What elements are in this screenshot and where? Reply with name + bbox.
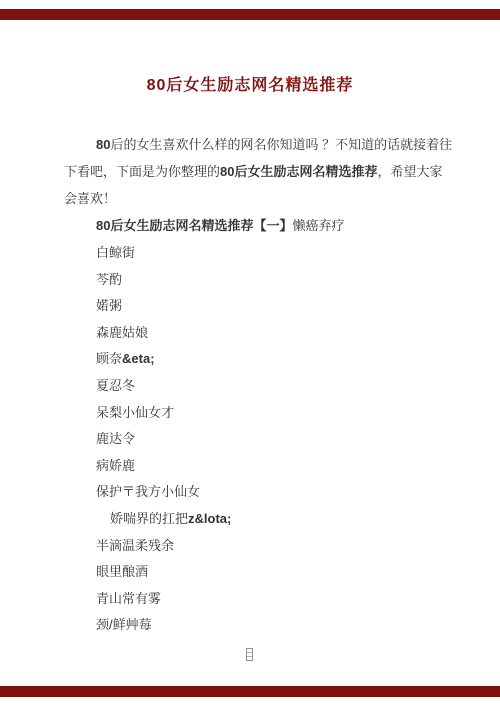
list-item: 顾奈&eta; bbox=[64, 346, 464, 373]
text-run: 呆梨小仙女才 bbox=[96, 405, 174, 420]
text-run: 眼里酿酒 bbox=[96, 564, 148, 579]
bold-text-run: 80 bbox=[96, 137, 110, 152]
text-run: 保护〒我方小仙女 bbox=[96, 484, 200, 499]
list-item: 半滴温柔残余 bbox=[64, 533, 464, 560]
text-run: 颈/鲜艸莓 bbox=[96, 617, 152, 632]
paragraph-line: 80后的女生喜欢什么样的网名你知道吗 ？不知道的话就接着往 bbox=[64, 131, 440, 158]
bottom-accent-bar bbox=[0, 686, 500, 697]
paragraph-line: 下看吧，下面是为你整理的80后女生励志网名精选推荐，希望大家 bbox=[64, 158, 440, 185]
top-accent-bar bbox=[0, 9, 500, 20]
bold-text-run: z&lota; bbox=[188, 511, 231, 526]
text-run: 病娇鹿 bbox=[96, 458, 135, 473]
bold-text-run: &eta; bbox=[122, 351, 155, 366]
text-run: 夏忍冬 bbox=[96, 378, 135, 393]
text-run: 婼粥 bbox=[96, 298, 122, 313]
intro-paragraph: 80后的女生喜欢什么样的网名你知道吗 ？不知道的话就接着往下看吧，下面是为你整理… bbox=[64, 131, 440, 212]
text-run: 懒癌弃疗 bbox=[292, 218, 344, 233]
list-item: 呆梨小仙女才 bbox=[64, 400, 464, 427]
bold-text-run: 80后女生励志网名精选推荐 bbox=[220, 164, 377, 179]
document-title: 80后女生励志网名精选推荐 bbox=[0, 76, 500, 96]
text-run: 会喜欢！ bbox=[64, 191, 116, 206]
bold-text-run: 80后女生励志网名精选推荐【一】 bbox=[96, 218, 292, 233]
list-item: 眼里酿酒 bbox=[64, 559, 464, 586]
text-run: ，希望大家 bbox=[377, 164, 442, 179]
text-run: 青山常有雾 bbox=[96, 591, 161, 606]
list-item: 青山常有雾 bbox=[64, 586, 464, 613]
text-run: 芩酌 bbox=[96, 272, 122, 287]
text-run: 后的女生喜欢什么样的网名你知道吗 ？不知道的话就接着往 bbox=[110, 137, 452, 152]
text-run: 白鲸街 bbox=[96, 245, 135, 260]
list-item: 婼粥 bbox=[64, 293, 464, 320]
list-item: 芩酌 bbox=[64, 267, 464, 294]
list-item: 颈/鲜艸莓 bbox=[64, 612, 464, 639]
paragraph-line: 会喜欢！ bbox=[64, 185, 440, 212]
name-list: 白鲸街芩酌婼粥森鹿姑娘顾奈&eta;夏忍冬呆梨小仙女才鹿达令病娇鹿保护〒我方小仙… bbox=[64, 240, 464, 639]
text-run: 鹿达令 bbox=[96, 431, 135, 446]
missing-glyph-box bbox=[246, 648, 253, 661]
list-item: 娇喘界的扛把z&lota; bbox=[64, 506, 464, 533]
list-item: 夏忍冬 bbox=[64, 373, 464, 400]
list-item: 病娇鹿 bbox=[64, 453, 464, 480]
list-item: 森鹿姑娘 bbox=[64, 320, 464, 347]
list-item: 鹿达令 bbox=[64, 426, 464, 453]
list-item: 白鲸街 bbox=[64, 240, 464, 267]
list-item: 保护〒我方小仙女 bbox=[64, 479, 464, 506]
text-run: 森鹿姑娘 bbox=[96, 325, 148, 340]
section-heading: 80后女生励志网名精选推荐【一】懒癌弃疗 bbox=[64, 212, 496, 239]
text-run: 下看吧，下面是为你整理的 bbox=[64, 164, 220, 179]
text-run: 半滴温柔残余 bbox=[96, 538, 174, 553]
text-run: 顾奈 bbox=[96, 351, 122, 366]
text-run: 娇喘界的扛把 bbox=[110, 511, 188, 526]
